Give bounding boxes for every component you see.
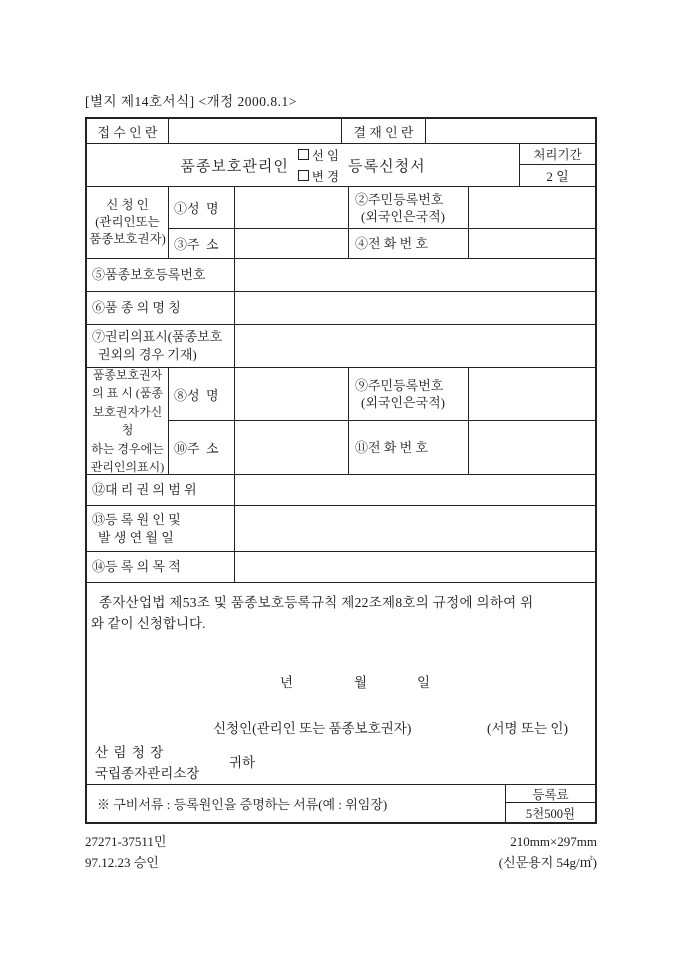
declaration-line2: 와 같이 신청합니다. [91, 612, 205, 632]
addressee-honorific: 귀하 [229, 751, 255, 771]
applicant-phone-label: ④전 화 번 호 [349, 229, 469, 258]
approval-stamp-field[interactable] [426, 119, 595, 143]
right-indication-label: ⑦권리의표시(품종보호 권외의 경우 기재) [87, 325, 235, 367]
registration-purpose-label: ⑭등 록 의 목 적 [87, 552, 235, 582]
title-application-text: 등록신청서 [348, 155, 425, 176]
applicant-name-label: ①성 명 [169, 187, 235, 228]
holder-rrn-label: ⑨주민등록번호 (외국인은국적) [349, 368, 469, 420]
form-title-row: 품종보호관리인 선 임 변 경 등록신청서 처리기간 2 일 [87, 144, 595, 187]
processing-period-cell: 처리기간 2 일 [520, 144, 595, 186]
date-day-label: 일 [417, 671, 430, 691]
holder-name-field[interactable] [235, 368, 349, 420]
agency-scope-label: ⑫대 리 권 의 범 위 [87, 475, 235, 505]
right-indication-field[interactable] [235, 325, 595, 367]
addressee-forest-service: 산 림 청 장 [95, 741, 164, 761]
change-checkbox[interactable] [298, 170, 309, 181]
footer-approval-date: 97.12.23 승인 [85, 852, 166, 873]
applicant-label: 신 청 인 (관리인또는 품종보호권자) [87, 187, 169, 258]
form-revision-note: [별지 제14호서식] <개정 2000.8.1> [85, 90, 680, 110]
applicant-name-field[interactable] [235, 187, 349, 228]
title-manager-text: 품종보호관리인 [180, 155, 288, 176]
signer-label: 신청인(관리인 또는 품종보호권자) [213, 717, 411, 737]
applicant-address-label: ③주 소 [169, 229, 235, 258]
registration-fee-cell: 등록료 5천500원 [506, 785, 595, 822]
required-documents-note: ※ 구비서류 : 등록원인을 증명하는 서류(예 : 위임장) [87, 785, 506, 822]
processing-period-label: 처리기간 [520, 144, 595, 165]
declaration-section: 종자산업법 제53조 및 품종보호등록규칙 제22조제8호의 규정에 의하여 위… [87, 583, 595, 785]
registration-number-field[interactable] [235, 259, 595, 291]
registration-purpose-field[interactable] [235, 552, 595, 582]
footer-right: 210mm×297mm (신문용지 54g/㎡) [499, 831, 597, 873]
title-checkbox-group: 선 임 변 경 [298, 146, 339, 185]
form-footer: 27271-37511민 97.12.23 승인 210mm×297mm (신문… [85, 831, 597, 873]
registration-cause-field[interactable] [235, 506, 595, 551]
addressee-seed-office: 국립종자관리소장 [95, 762, 199, 782]
registration-number-label: ⑤품종보호등록번호 [87, 259, 235, 291]
registration-fee-value: 5천500원 [506, 803, 595, 822]
declaration-line1: 종자산업법 제53조 및 품종보호등록규칙 제22조제8호의 규정에 의하여 위 [99, 591, 593, 611]
holder-label: 품종보호권자 의 표 시 (품종 보호권자가신청 하는 경우에는 관리인의표시) [87, 368, 169, 474]
variety-name-label: ⑥품 종 의 명 칭 [87, 292, 235, 324]
date-month-label: 월 [354, 671, 367, 691]
date-year-label: 년 [280, 671, 293, 691]
agency-scope-field[interactable] [235, 475, 595, 505]
applicant-phone-field[interactable] [469, 229, 595, 258]
applicant-address-field[interactable] [235, 229, 349, 258]
applicant-block: 신 청 인 (관리인또는 품종보호권자) ①성 명 ②주민등록번호 (외국인은국… [87, 187, 595, 259]
registration-cause-row: ⑬등 록 원 인 및 발 생 연 월 일 [87, 506, 595, 552]
registration-cause-label: ⑬등 록 원 인 및 발 생 연 월 일 [87, 506, 235, 551]
applicant-rrn-label: ②주민등록번호 (외국인은국적) [349, 187, 469, 228]
approval-stamp-label: 결 재 인 란 [342, 119, 426, 143]
registration-fee-label: 등록료 [506, 785, 595, 803]
receipt-stamp-label: 접 수 인 란 [87, 119, 169, 143]
holder-address-label: ⑩주 소 [169, 421, 235, 474]
variety-name-field[interactable] [235, 292, 595, 324]
change-checkbox-label: 변 경 [312, 167, 339, 185]
footer-doc-number: 27271-37511민 [85, 831, 166, 852]
footer-left: 27271-37511민 97.12.23 승인 [85, 831, 166, 873]
holder-name-label: ⑧성 명 [169, 368, 235, 420]
receipt-stamp-field[interactable] [169, 119, 342, 143]
footer-paper-spec: (신문용지 54g/㎡) [499, 852, 597, 873]
right-indication-row: ⑦권리의표시(품종보호 권외의 경우 기재) [87, 325, 595, 368]
attachment-fee-row: ※ 구비서류 : 등록원인을 증명하는 서류(예 : 위임장) 등록료 5천50… [87, 785, 595, 822]
footer-paper-size: 210mm×297mm [499, 831, 597, 852]
scanned-form-page: [별지 제14호서식] <개정 2000.8.1> 접 수 인 란 결 재 인 … [0, 0, 680, 962]
holder-phone-label: ⑪전 화 번 호 [349, 421, 469, 474]
agency-scope-row: ⑫대 리 권 의 범 위 [87, 475, 595, 506]
holder-rrn-field[interactable] [469, 368, 595, 420]
application-form-table: 접 수 인 란 결 재 인 란 품종보호관리인 선 임 변 경 [85, 117, 597, 824]
applicant-rrn-field[interactable] [469, 187, 595, 228]
registration-purpose-row: ⑭등 록 의 목 적 [87, 552, 595, 583]
holder-address-field[interactable] [235, 421, 349, 474]
form-title-cell: 품종보호관리인 선 임 변 경 등록신청서 [87, 144, 520, 186]
holder-phone-field[interactable] [469, 421, 595, 474]
holder-block: 품종보호권자 의 표 시 (품종 보호권자가신청 하는 경우에는 관리인의표시)… [87, 368, 595, 475]
receipt-approval-row: 접 수 인 란 결 재 인 란 [87, 119, 595, 144]
registration-number-row: ⑤품종보호등록번호 [87, 259, 595, 292]
signature-or-seal-note: (서명 또는 인) [487, 717, 568, 737]
variety-name-row: ⑥품 종 의 명 칭 [87, 292, 595, 325]
appointment-checkbox[interactable] [298, 149, 309, 160]
processing-period-value: 2 일 [520, 165, 595, 186]
appointment-checkbox-label: 선 임 [312, 146, 339, 164]
